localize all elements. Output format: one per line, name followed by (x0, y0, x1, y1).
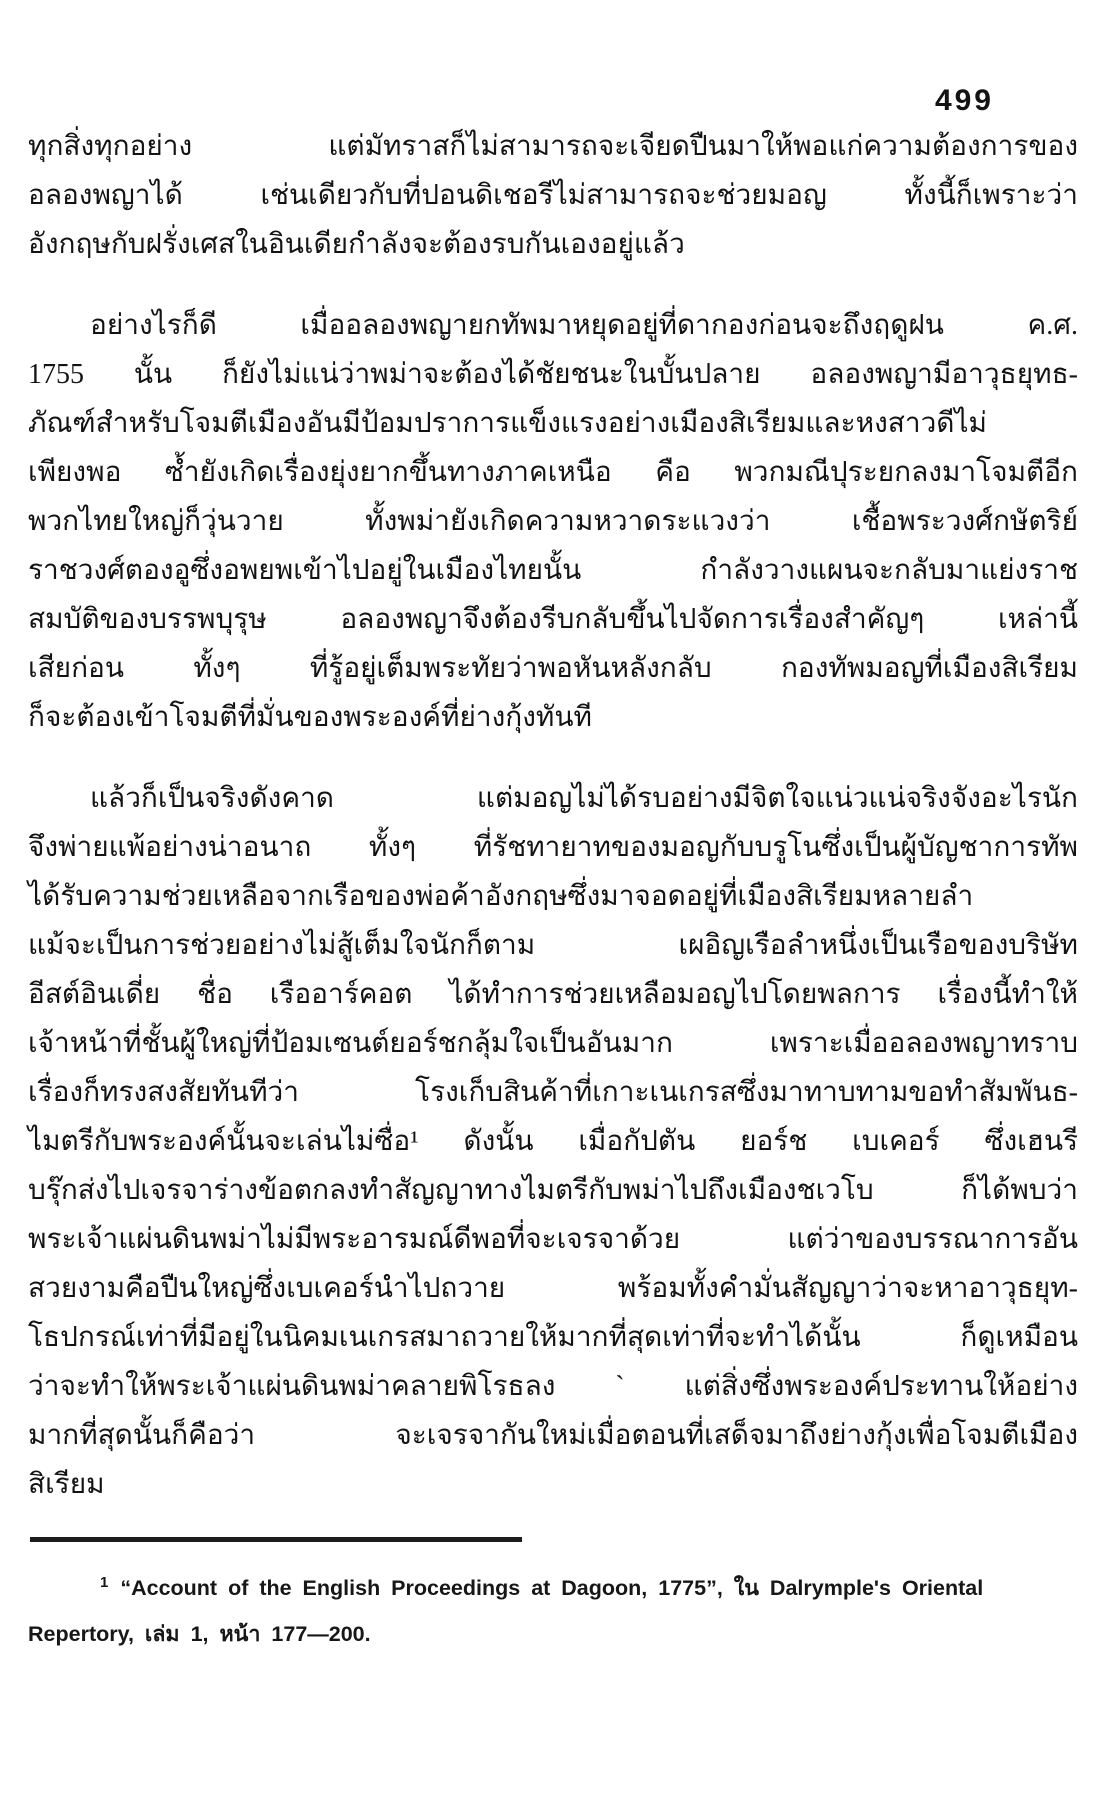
text-line: อลองพญาได้ เช่นเดียวกับที่ปอนดิเชอรีไม่ส… (28, 171, 1078, 220)
page-body-text: ทุกสิ่งทุกอย่าง แต่มัทราสก็ไม่สามารถจะเจ… (28, 122, 1078, 1541)
text-line: พระเจ้าแผ่นดินพม่าไม่มีพระอารมณ์ดีพอที่จ… (28, 1215, 1078, 1264)
footnote: 1“Account of the English Proceedings at … (28, 1560, 1083, 1657)
book-page: 499 ทุกสิ่งทุกอย่าง แต่มัทราสก็ไม่สามารถ… (0, 0, 1106, 1800)
text-line: มากที่สุดนั้นก็คือว่า จะเจรจากันใหม่เมื่… (28, 1411, 1078, 1460)
footnote-text: “Account of the English Proceedings at D… (120, 1576, 983, 1600)
footnote-divider (30, 1537, 522, 1542)
text-line: ก็จะต้องเข้าโจมตีที่มั่นของพระองค์ที่ย่า… (28, 693, 1078, 742)
text-line: 1755 นั้น ก็ยังไม่แน่ว่าพม่าจะต้องได้ชัย… (28, 350, 1078, 399)
text-line: แม้จะเป็นการช่วยอย่างไม่สู้เต็มใจนักก็ตา… (28, 921, 1078, 970)
text-line: อีสต์อินเดี่ย ชื่อ เรืออาร์คอต ได้ทำการช… (28, 970, 1078, 1019)
text-line: เรื่องก็ทรงสงสัยทันทีว่า โรงเก็บสินค้าที… (28, 1068, 1078, 1117)
page-number: 499 (935, 84, 994, 118)
text-line: เจ้าหน้าที่ชั้นผู้ใหญ่ที่ป้อมเซนต์ยอร์ชก… (28, 1019, 1078, 1068)
text-line: เพียงพอ ซ้ำยังเกิดเรื่องยุ่งยากขึ้นทางภา… (28, 448, 1078, 497)
text-line: ทุกสิ่งทุกอย่าง แต่มัทราสก็ไม่สามารถจะเจ… (28, 122, 1078, 171)
text-line: สวยงามคือปืนใหญ่ซึ่งเบเคอร์นำไปถวาย พร้อ… (28, 1264, 1078, 1313)
footnote-line: 1“Account of the English Proceedings at … (28, 1560, 1083, 1611)
paragraph: อย่างไรก็ดี เมื่ออลองพญายกทัพมาหยุดอยู่ท… (28, 301, 1078, 742)
text-line: สมบัติของบรรพบุรุษ อลองพญาจึงต้องรีบกลับ… (28, 595, 1078, 644)
text-line: โธปกรณ์เท่าที่มีอยู่ในนิคมเนเกรสมาถวายให… (28, 1313, 1078, 1362)
text-line: ราชวงศ์ตองอูซึ่งอพยพเข้าไปอยู่ในเมืองไทย… (28, 546, 1078, 595)
text-line: สิเรียม (28, 1460, 1078, 1509)
text-line: จึงพ่ายแพ้อย่างน่าอนาถ ทั้งๆ ที่รัชทายาท… (28, 823, 1078, 872)
text-line: พวกไทยใหญ่ก็วุ่นวาย ทั้งพม่ายังเกิดความห… (28, 497, 1078, 546)
text-line: ว่าจะทำให้พระเจ้าแผ่นดินพม่าคลายพิโรธลง … (28, 1362, 1078, 1411)
text-line: ไมตรีกับพระองค์นั้นจะเล่นไม่ซื่อ¹ ดังนั้… (28, 1117, 1078, 1166)
paragraph: แล้วก็เป็นจริงดังคาด แต่มอญไม่ได้รบอย่าง… (28, 774, 1078, 1509)
text-line: อย่างไรก็ดี เมื่ออลองพญายกทัพมาหยุดอยู่ท… (28, 301, 1078, 350)
text-line: ได้รับความช่วยเหลือจากเรือของพ่อค้าอังกฤ… (28, 872, 1078, 921)
text-line: บรุ๊กส่งไปเจรจาร่างข้อตกลงทำสัญญาทางไมตร… (28, 1166, 1078, 1215)
paragraph: ทุกสิ่งทุกอย่าง แต่มัทราสก็ไม่สามารถจะเจ… (28, 122, 1078, 269)
text-line: เสียก่อน ทั้งๆ ที่รู้อยู่เต็มพระทัยว่าพอ… (28, 644, 1078, 693)
text-line: อังกฤษกับฝรั่งเศสในอินเดียกำลังจะต้องรบก… (28, 220, 1078, 269)
footnote-line: Repertory, เล่ม 1, หน้า 177—200. (28, 1611, 1083, 1657)
text-line: ภัณฑ์สำหรับโจมตีเมืองอันมีป้อมปราการแข็ง… (28, 399, 1078, 448)
footnote-marker: 1 (100, 1574, 108, 1591)
text-line: แล้วก็เป็นจริงดังคาด แต่มอญไม่ได้รบอย่าง… (28, 774, 1078, 823)
